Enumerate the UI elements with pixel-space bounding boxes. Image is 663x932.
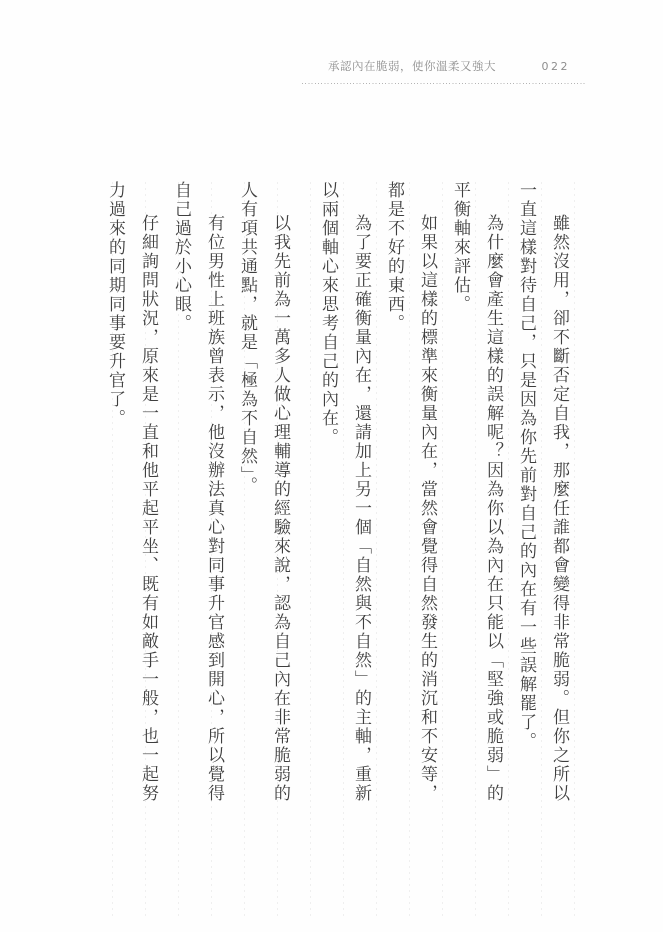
text-column: 有位男性上班族曾表示，他沒辦法真心對同事升官感到開心，所以覺得 [197,181,230,807]
running-title: 承認內在脆弱，使你溫柔又強大 [328,58,496,74]
header-dotted-rule [302,83,586,85]
text-column: 以兩個軸心來思考自己的內在。 [311,181,344,807]
text-column: 仔細詢問狀況，原來是一直和他平起平坐、既有如敵手一般，也一起努 [131,181,164,807]
text-column: 力過來的同期同事要升官了。 [98,181,131,807]
text-column: 為了要正確衡量內在，還請加上另一個「自然與不自然」的主軸，重新 [344,181,377,807]
page-number: 022 [542,60,571,73]
text-column: 如果以這樣的標準來衡量內在，當然會覺得自然發生的消沉和不安等， [410,181,443,807]
text-column: 一直這樣對待自己，只是因為你先前對自己的內在有一些誤解罷了。 [509,181,542,807]
text-column: 人有項共通點，就是「極為不自然」。 [230,181,263,807]
running-header: 承認內在脆弱，使你溫柔又強大 022 [302,58,586,85]
book-page: 承認內在脆弱，使你溫柔又強大 022 雖然沒用，卻不斷否定自我，那麼任誰都會變得… [0,0,663,932]
running-header-row: 承認內在脆弱，使你溫柔又強大 022 [302,58,586,76]
text-column: 以我先前為一萬多人做心理輔導的經驗來說，認為自己內在非常脆弱的 [263,181,296,807]
text-column: 為什麼會產生這樣的誤解呢？因為你以為內在只能以「堅強或脆弱」的 [476,181,509,807]
text-column: 平衡軸來評估。 [443,181,476,807]
vertical-text-block: 雖然沒用，卻不斷否定自我，那麼任誰都會變得非常脆弱。但你之所以一直這樣對待自己，… [98,181,575,807]
text-column: 都是不好的東西。 [377,181,410,807]
text-column: 自己過於小心眼。 [164,181,197,807]
text-column: 雖然沒用，卻不斷否定自我，那麼任誰都會變得非常脆弱。但你之所以 [542,181,575,807]
